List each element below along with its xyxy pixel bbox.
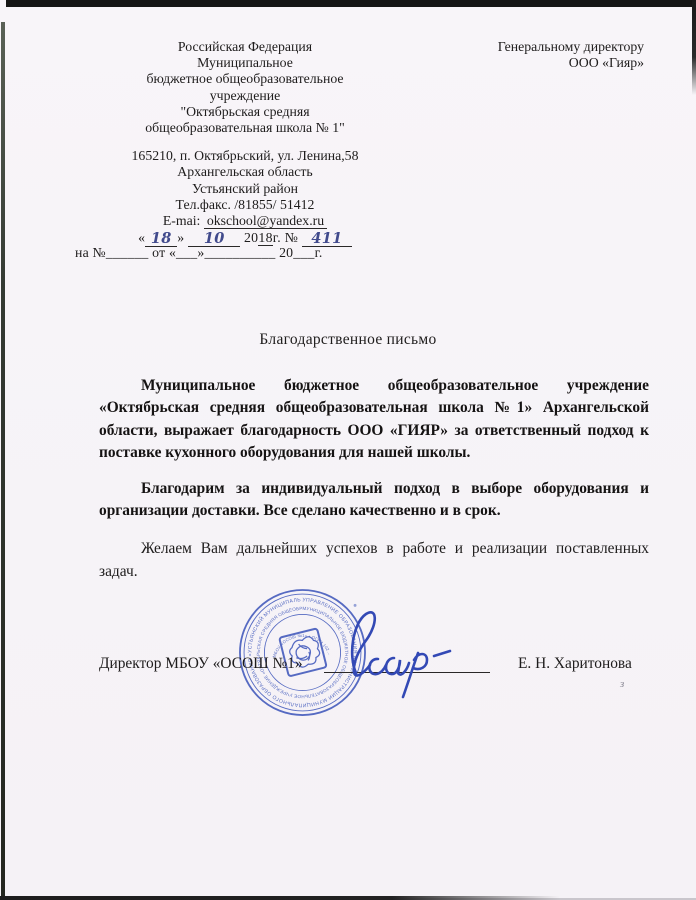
org-line: бюджетное общеобразовательное xyxy=(80,71,410,87)
signature-name: Е. Н. Харитонова xyxy=(518,655,632,673)
letterhead-recipient: Генеральному директору ООО «Гияр» xyxy=(498,39,644,71)
contact-line: Тел.факс. /81855/ 51412 xyxy=(65,197,425,213)
body-paragraph: Желаем Вам дальнейших успехов в работе и… xyxy=(99,538,649,583)
reference-line: на №______ от «___»__________ 20___г. xyxy=(75,245,323,261)
body-paragraph: Муниципальное бюджетное общеобразователь… xyxy=(99,375,649,465)
contact-line: 165210, п. Октябрьский, ул. Ленина,58 xyxy=(65,148,425,164)
email-label: E-mai: xyxy=(163,213,201,228)
org-line: учреждение xyxy=(80,88,410,104)
handwritten-signature xyxy=(338,597,462,709)
scan-edge-left xyxy=(1,22,5,900)
year-unit: г. xyxy=(273,230,281,245)
quote-close: » xyxy=(177,230,184,245)
signature-position-title: Директор МБОУ «ОСОШ №1» xyxy=(99,655,303,673)
recipient-line: Генеральному директору xyxy=(498,39,644,55)
number-label: № xyxy=(285,230,298,245)
recipient-line: ООО «Гияр» xyxy=(498,55,644,71)
contact-line: Архангельская область xyxy=(65,164,425,180)
page-mark: з xyxy=(620,678,624,690)
email-address: okschool@yandex.ru xyxy=(204,213,327,229)
letter-body: Муниципальное бюджетное общеобразователь… xyxy=(99,375,649,596)
letterhead-contacts: 165210, п. Октябрьский, ул. Ленина,58 Ар… xyxy=(65,148,425,247)
scan-edge-right xyxy=(692,0,696,95)
email-line: E-mai: okschool@yandex.ru xyxy=(65,213,425,229)
org-line: "Октябрьская средняя xyxy=(80,104,410,120)
scan-edge-bottom xyxy=(0,896,560,900)
scan-edge-top xyxy=(6,0,696,7)
org-line: общеобразовательная школа № 1" xyxy=(80,120,410,136)
scanned-letter-page: Российская Федерация Муниципальное бюдже… xyxy=(0,0,696,900)
org-line: Российская Федерация xyxy=(80,39,410,55)
year-prefix: 20 xyxy=(244,230,258,245)
quote-open: « xyxy=(138,230,145,245)
contact-line: Устьянский район xyxy=(65,181,425,197)
body-paragraph: Благодарим за индивидуальный подход в вы… xyxy=(99,478,649,523)
org-line: Муниципальное xyxy=(80,55,410,71)
document-title: Благодарственное письмо xyxy=(0,331,696,349)
letterhead-organization: Российская Федерация Муниципальное бюдже… xyxy=(80,39,410,136)
